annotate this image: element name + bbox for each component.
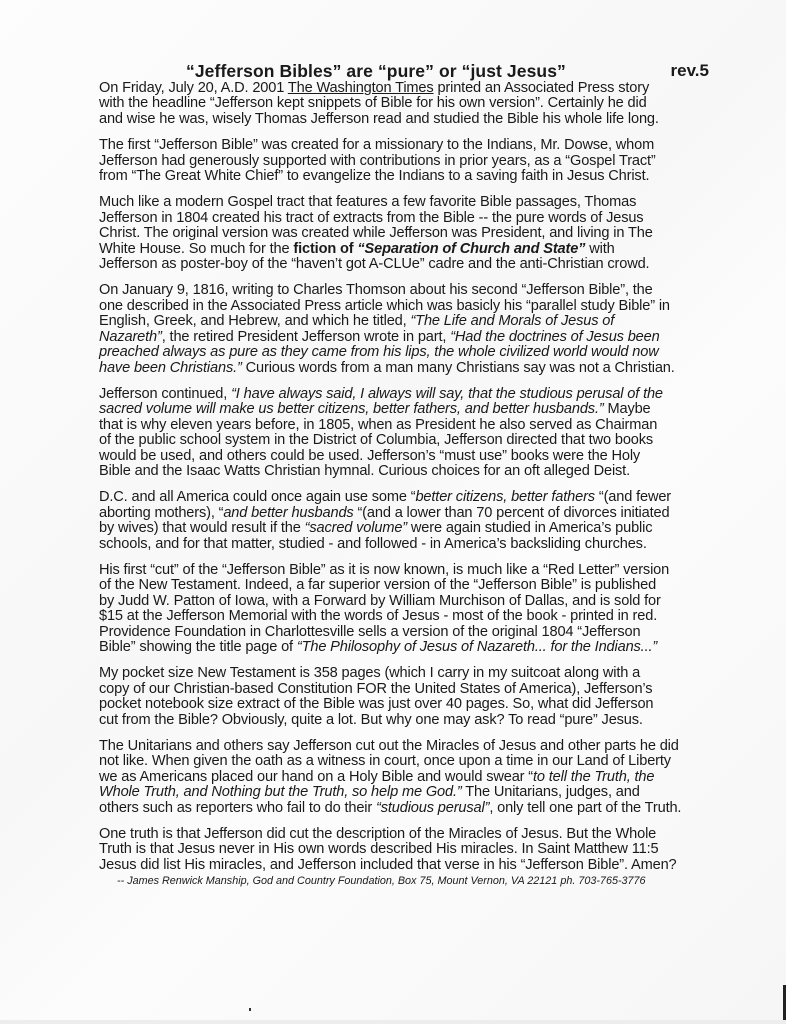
text-segment: we as Americans placed our hand on a Hol… [99, 769, 533, 785]
text-segment: “The Life and Morals of Jesus of [410, 313, 614, 329]
text-line: Jesus did list His miracles, and Jeffers… [99, 858, 711, 873]
text-line: sacred volume will make us better citize… [99, 402, 711, 417]
text-segment: printed an Associated Press story [434, 80, 650, 96]
text-line: one described in the Associated Press ar… [99, 299, 711, 314]
text-line: Whole Truth, and Nothing but the Truth, … [99, 785, 711, 800]
text-line: aborting mothers), “and better husbands … [99, 506, 711, 521]
text-segment: , only tell one part of the Truth. [489, 800, 681, 816]
text-line: that is why eleven years before, in 1805… [99, 418, 711, 433]
paragraph: One truth is that Jefferson did cut the … [99, 827, 711, 873]
text-segment: one described in the Associated Press ar… [99, 298, 670, 314]
text-segment: Providence Foundation in Charlottesville… [99, 624, 640, 640]
text-line: schools, and for that matter, studied - … [99, 537, 711, 552]
text-segment: English, Greek, and Hebrew, and which he… [99, 313, 410, 329]
paragraph-list: On Friday, July 20, A.D. 2001 The Washin… [99, 81, 711, 873]
text-segment: Jefferson had generously supported with … [99, 153, 656, 169]
text-segment: schools, and for that matter, studied - … [99, 536, 647, 552]
text-line: My pocket size New Testament is 358 page… [99, 666, 711, 681]
text-segment: Jesus did list His miracles, and Jeffers… [99, 857, 677, 873]
text-segment: not like. When given the oath as a witne… [99, 753, 671, 769]
text-line: Bible and the Isaac Watts Christian hymn… [99, 464, 711, 479]
text-segment: cut from the Bible? Obviously, quite a l… [99, 712, 643, 728]
text-segment: Jefferson in 1804 created his tract of e… [99, 210, 643, 226]
text-line: $15 at the Jefferson Memorial with the w… [99, 609, 711, 624]
text-segment: “(and fewer [595, 489, 671, 505]
text-segment: On Friday, July 20, A.D. 2001 [99, 80, 288, 96]
text-line: pocket notebook size extract of the Bibl… [99, 697, 711, 712]
text-line: His first “cut” of the “Jefferson Bible”… [99, 563, 711, 578]
text-segment: The Unitarians and others say Jefferson … [99, 738, 679, 754]
text-segment: with the headline “Jefferson kept snippe… [99, 95, 647, 111]
document-header: “Jefferson Bibles” are “pure” or “just J… [99, 61, 711, 81]
text-segment: have been Christians.” [99, 360, 242, 376]
text-line: would be used, and others could be used.… [99, 449, 711, 464]
text-segment: Much like a modern Gospel tract that fea… [99, 194, 636, 210]
text-segment: The first “Jefferson Bible” was created … [99, 137, 654, 153]
text-segment: White House. So much for the [99, 241, 293, 257]
text-line: Providence Foundation in Charlottesville… [99, 625, 711, 640]
text-line: copy of our Christian-based Constitution… [99, 682, 711, 697]
text-segment: Jefferson as poster-boy of the “haven’t … [99, 256, 649, 272]
text-segment: by wives) that would result if the [99, 520, 305, 536]
text-line: by wives) that would result if the “sacr… [99, 521, 711, 536]
text-segment: preached always as pure as they came fro… [99, 344, 659, 360]
document-title: “Jefferson Bibles” are “pure” or “just J… [186, 61, 566, 82]
text-segment: fiction of [293, 241, 357, 257]
text-segment: of the New Testament. Indeed, a far supe… [99, 577, 656, 593]
text-segment: of the public school system in the Distr… [99, 432, 653, 448]
text-line: On January 9, 1816, writing to Charles T… [99, 283, 711, 298]
author-footer: -- James Renwick Manship, God and Countr… [117, 875, 711, 887]
text-segment: better citizens, better fathers [415, 489, 594, 505]
text-segment: The Unitarians, judges, and [462, 784, 640, 800]
paragraph: His first “cut” of the “Jefferson Bible”… [99, 563, 711, 655]
text-line: The first “Jefferson Bible” was created … [99, 138, 711, 153]
text-segment: Maybe [604, 401, 651, 417]
paragraph: Jefferson continued, “I have always said… [99, 387, 711, 479]
text-segment: pocket notebook size extract of the Bibl… [99, 696, 653, 712]
text-line: with the headline “Jefferson kept snippe… [99, 96, 711, 111]
text-segment: “(and a lower than 70 percent of divorce… [354, 505, 670, 521]
text-segment: Curious words from a man many Christians… [242, 360, 675, 376]
scan-speck [249, 1008, 251, 1011]
paragraph: On Friday, July 20, A.D. 2001 The Washin… [99, 81, 711, 127]
text-segment: “I have always said, I always will say, … [231, 386, 663, 402]
text-line: by Judd W. Patton of Iowa, with a Forwar… [99, 594, 711, 609]
page-bottom-edge [0, 1020, 786, 1024]
text-line: have been Christians.” Curious words fro… [99, 361, 711, 376]
paragraph: On January 9, 1816, writing to Charles T… [99, 283, 711, 375]
text-segment: Truth is that Jesus never in His own wor… [99, 841, 658, 857]
text-segment: and wise he was, wisely Thomas Jefferson… [99, 111, 659, 127]
text-segment: “studious perusal” [376, 800, 489, 816]
text-segment: would be used, and others could be used.… [99, 448, 640, 464]
text-line: On Friday, July 20, A.D. 2001 The Washin… [99, 81, 711, 96]
text-line: we as Americans placed our hand on a Hol… [99, 770, 711, 785]
text-segment: Christ. The original version was created… [99, 225, 653, 241]
text-line: preached always as pure as they came fro… [99, 345, 711, 360]
text-line: Christ. The original version was created… [99, 226, 711, 241]
paragraph: D.C. and all America could once again us… [99, 490, 711, 552]
text-line: from “The Great White Chief” to evangeli… [99, 169, 711, 184]
text-segment: Nazareth” [99, 329, 162, 345]
text-segment: and better husbands [223, 505, 353, 521]
text-segment: from “The Great White Chief” to evangeli… [99, 168, 649, 184]
text-segment: sacred volume will make us better citize… [99, 401, 604, 417]
text-line: cut from the Bible? Obviously, quite a l… [99, 713, 711, 728]
document-body: “Jefferson Bibles” are “pure” or “just J… [99, 61, 711, 887]
text-segment: D.C. and all America could once again us… [99, 489, 415, 505]
text-line: D.C. and all America could once again us… [99, 490, 711, 505]
text-line: White House. So much for the fiction of … [99, 242, 711, 257]
text-segment: were again studied in America’s public [407, 520, 652, 536]
text-segment: Whole Truth, and Nothing but the Truth, … [99, 784, 462, 800]
text-line: Jefferson had generously supported with … [99, 154, 711, 169]
text-line: English, Greek, and Hebrew, and which he… [99, 314, 711, 329]
paragraph: The first “Jefferson Bible” was created … [99, 138, 711, 184]
text-line: Truth is that Jesus never in His own wor… [99, 842, 711, 857]
text-line: Jefferson continued, “I have always said… [99, 387, 711, 402]
text-segment: Jefferson continued, [99, 386, 231, 402]
paragraph: The Unitarians and others say Jefferson … [99, 739, 711, 816]
text-segment: others such as reporters who fail to do … [99, 800, 376, 816]
text-segment: Bible” showing the title page of [99, 639, 297, 655]
text-segment: His first “cut” of the “Jefferson Bible”… [99, 562, 669, 578]
text-segment: with [585, 241, 614, 257]
text-segment: One truth is that Jefferson did cut the … [99, 826, 656, 842]
text-segment: “Separation of Church and State” [357, 241, 585, 257]
revision-label: rev.5 [671, 61, 709, 81]
text-segment: that is why eleven years before, in 1805… [99, 417, 657, 433]
text-line: of the New Testament. Indeed, a far supe… [99, 578, 711, 593]
text-line: Jefferson as poster-boy of the “haven’t … [99, 257, 711, 272]
paragraph: My pocket size New Testament is 358 page… [99, 666, 711, 728]
text-segment: aborting mothers), “ [99, 505, 223, 521]
text-segment: “The Philosophy of Jesus of Nazareth... … [297, 639, 657, 655]
text-line: Nazareth”, the retired President Jeffers… [99, 330, 711, 345]
text-line: others such as reporters who fail to do … [99, 801, 711, 816]
text-segment: $15 at the Jefferson Memorial with the w… [99, 608, 657, 624]
text-line: Bible” showing the title page of “The Ph… [99, 640, 711, 655]
text-line: Much like a modern Gospel tract that fea… [99, 195, 711, 210]
text-segment: Bible and the Isaac Watts Christian hymn… [99, 463, 630, 479]
text-segment: copy of our Christian-based Constitution… [99, 681, 652, 697]
text-line: The Unitarians and others say Jefferson … [99, 739, 711, 754]
text-line: One truth is that Jefferson did cut the … [99, 827, 711, 842]
text-segment: My pocket size New Testament is 358 page… [99, 665, 640, 681]
paragraph: Much like a modern Gospel tract that fea… [99, 195, 711, 272]
text-line: not like. When given the oath as a witne… [99, 754, 711, 769]
text-segment: “sacred volume” [305, 520, 407, 536]
text-line: Jefferson in 1804 created his tract of e… [99, 211, 711, 226]
text-line: and wise he was, wisely Thomas Jefferson… [99, 112, 711, 127]
text-segment: to tell the Truth, the [533, 769, 654, 785]
text-segment: , the retired President Jefferson wrote … [162, 329, 450, 345]
text-segment: “Had the doctrines of Jesus been [450, 329, 659, 345]
text-segment: by Judd W. Patton of Iowa, with a Forwar… [99, 593, 661, 609]
text-segment: On January 9, 1816, writing to Charles T… [99, 282, 653, 298]
newspaper-name: The Washington Times [288, 80, 434, 96]
text-line: of the public school system in the Distr… [99, 433, 711, 448]
